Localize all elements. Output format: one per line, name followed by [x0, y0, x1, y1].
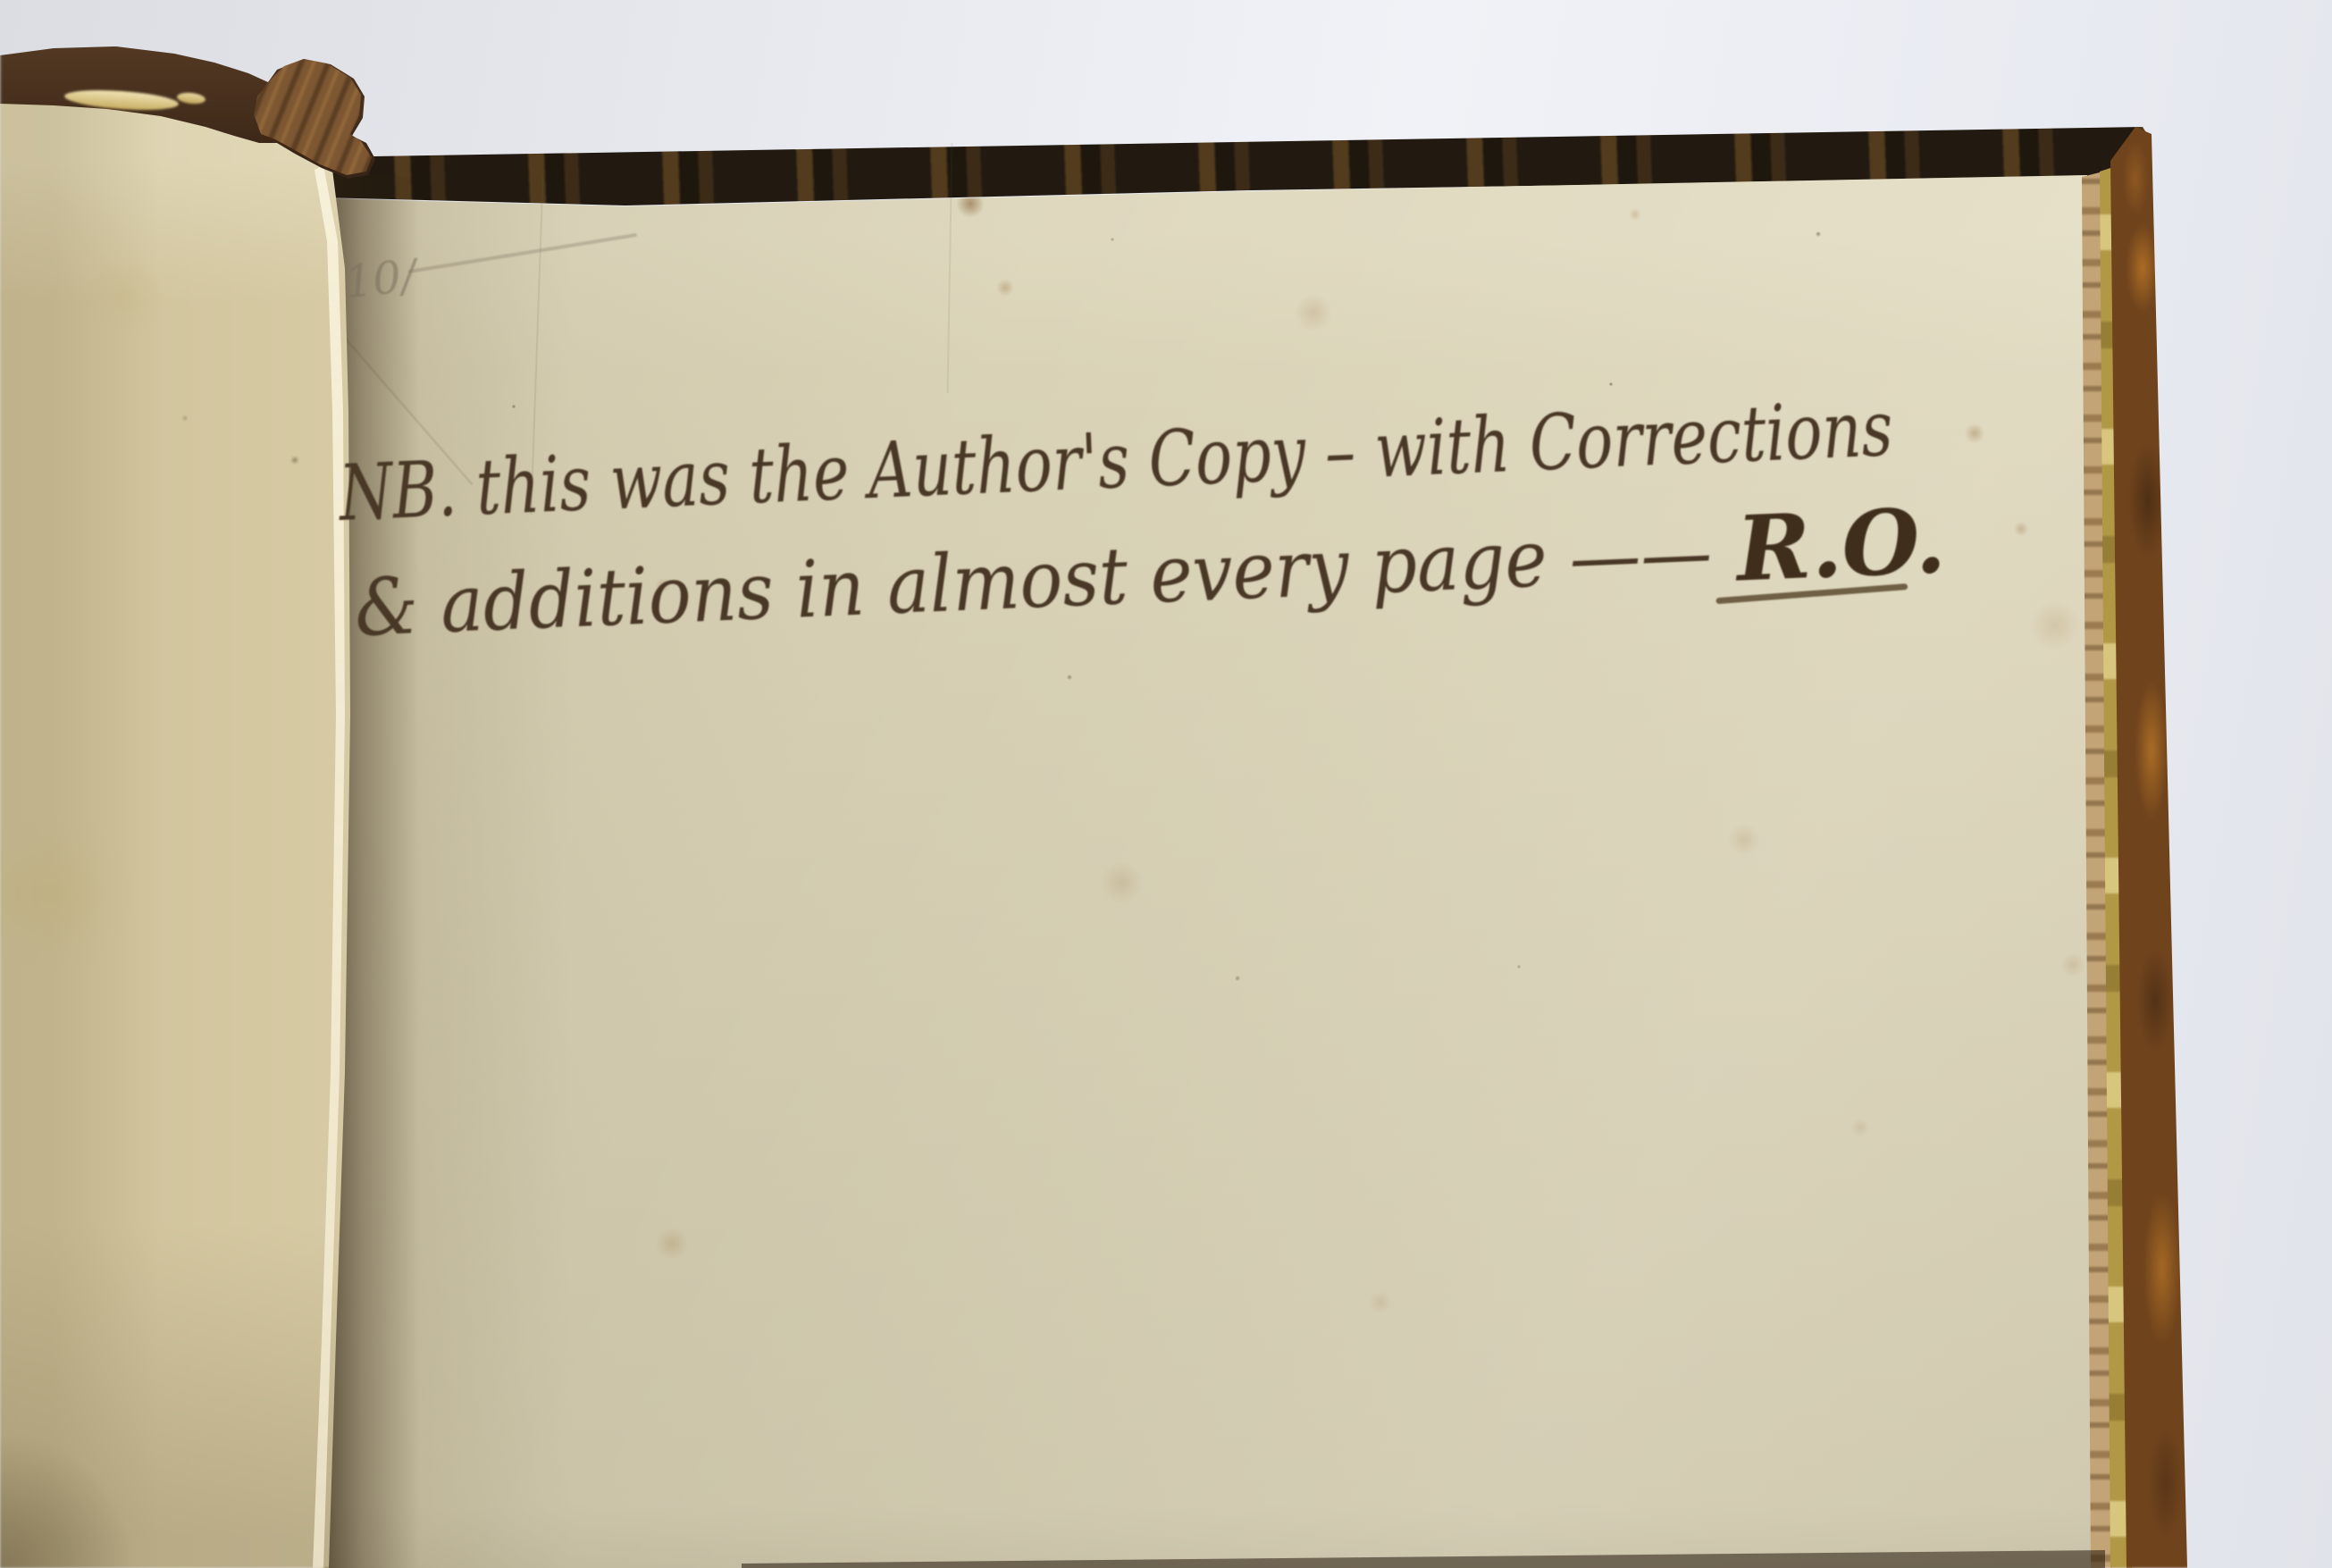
book-photograph: 10/ NB. this was the Author's Copy – wit… — [0, 0, 2332, 1568]
handwritten-inscription: 10/ NB. this was the Author's Copy – wit… — [0, 0, 2332, 1568]
inscription-signature: R.O. — [1732, 488, 1948, 602]
pencil-mark: 10/ — [342, 226, 640, 308]
pencil-mark-text: 10/ — [342, 249, 423, 309]
pencil-stroke — [408, 235, 636, 272]
